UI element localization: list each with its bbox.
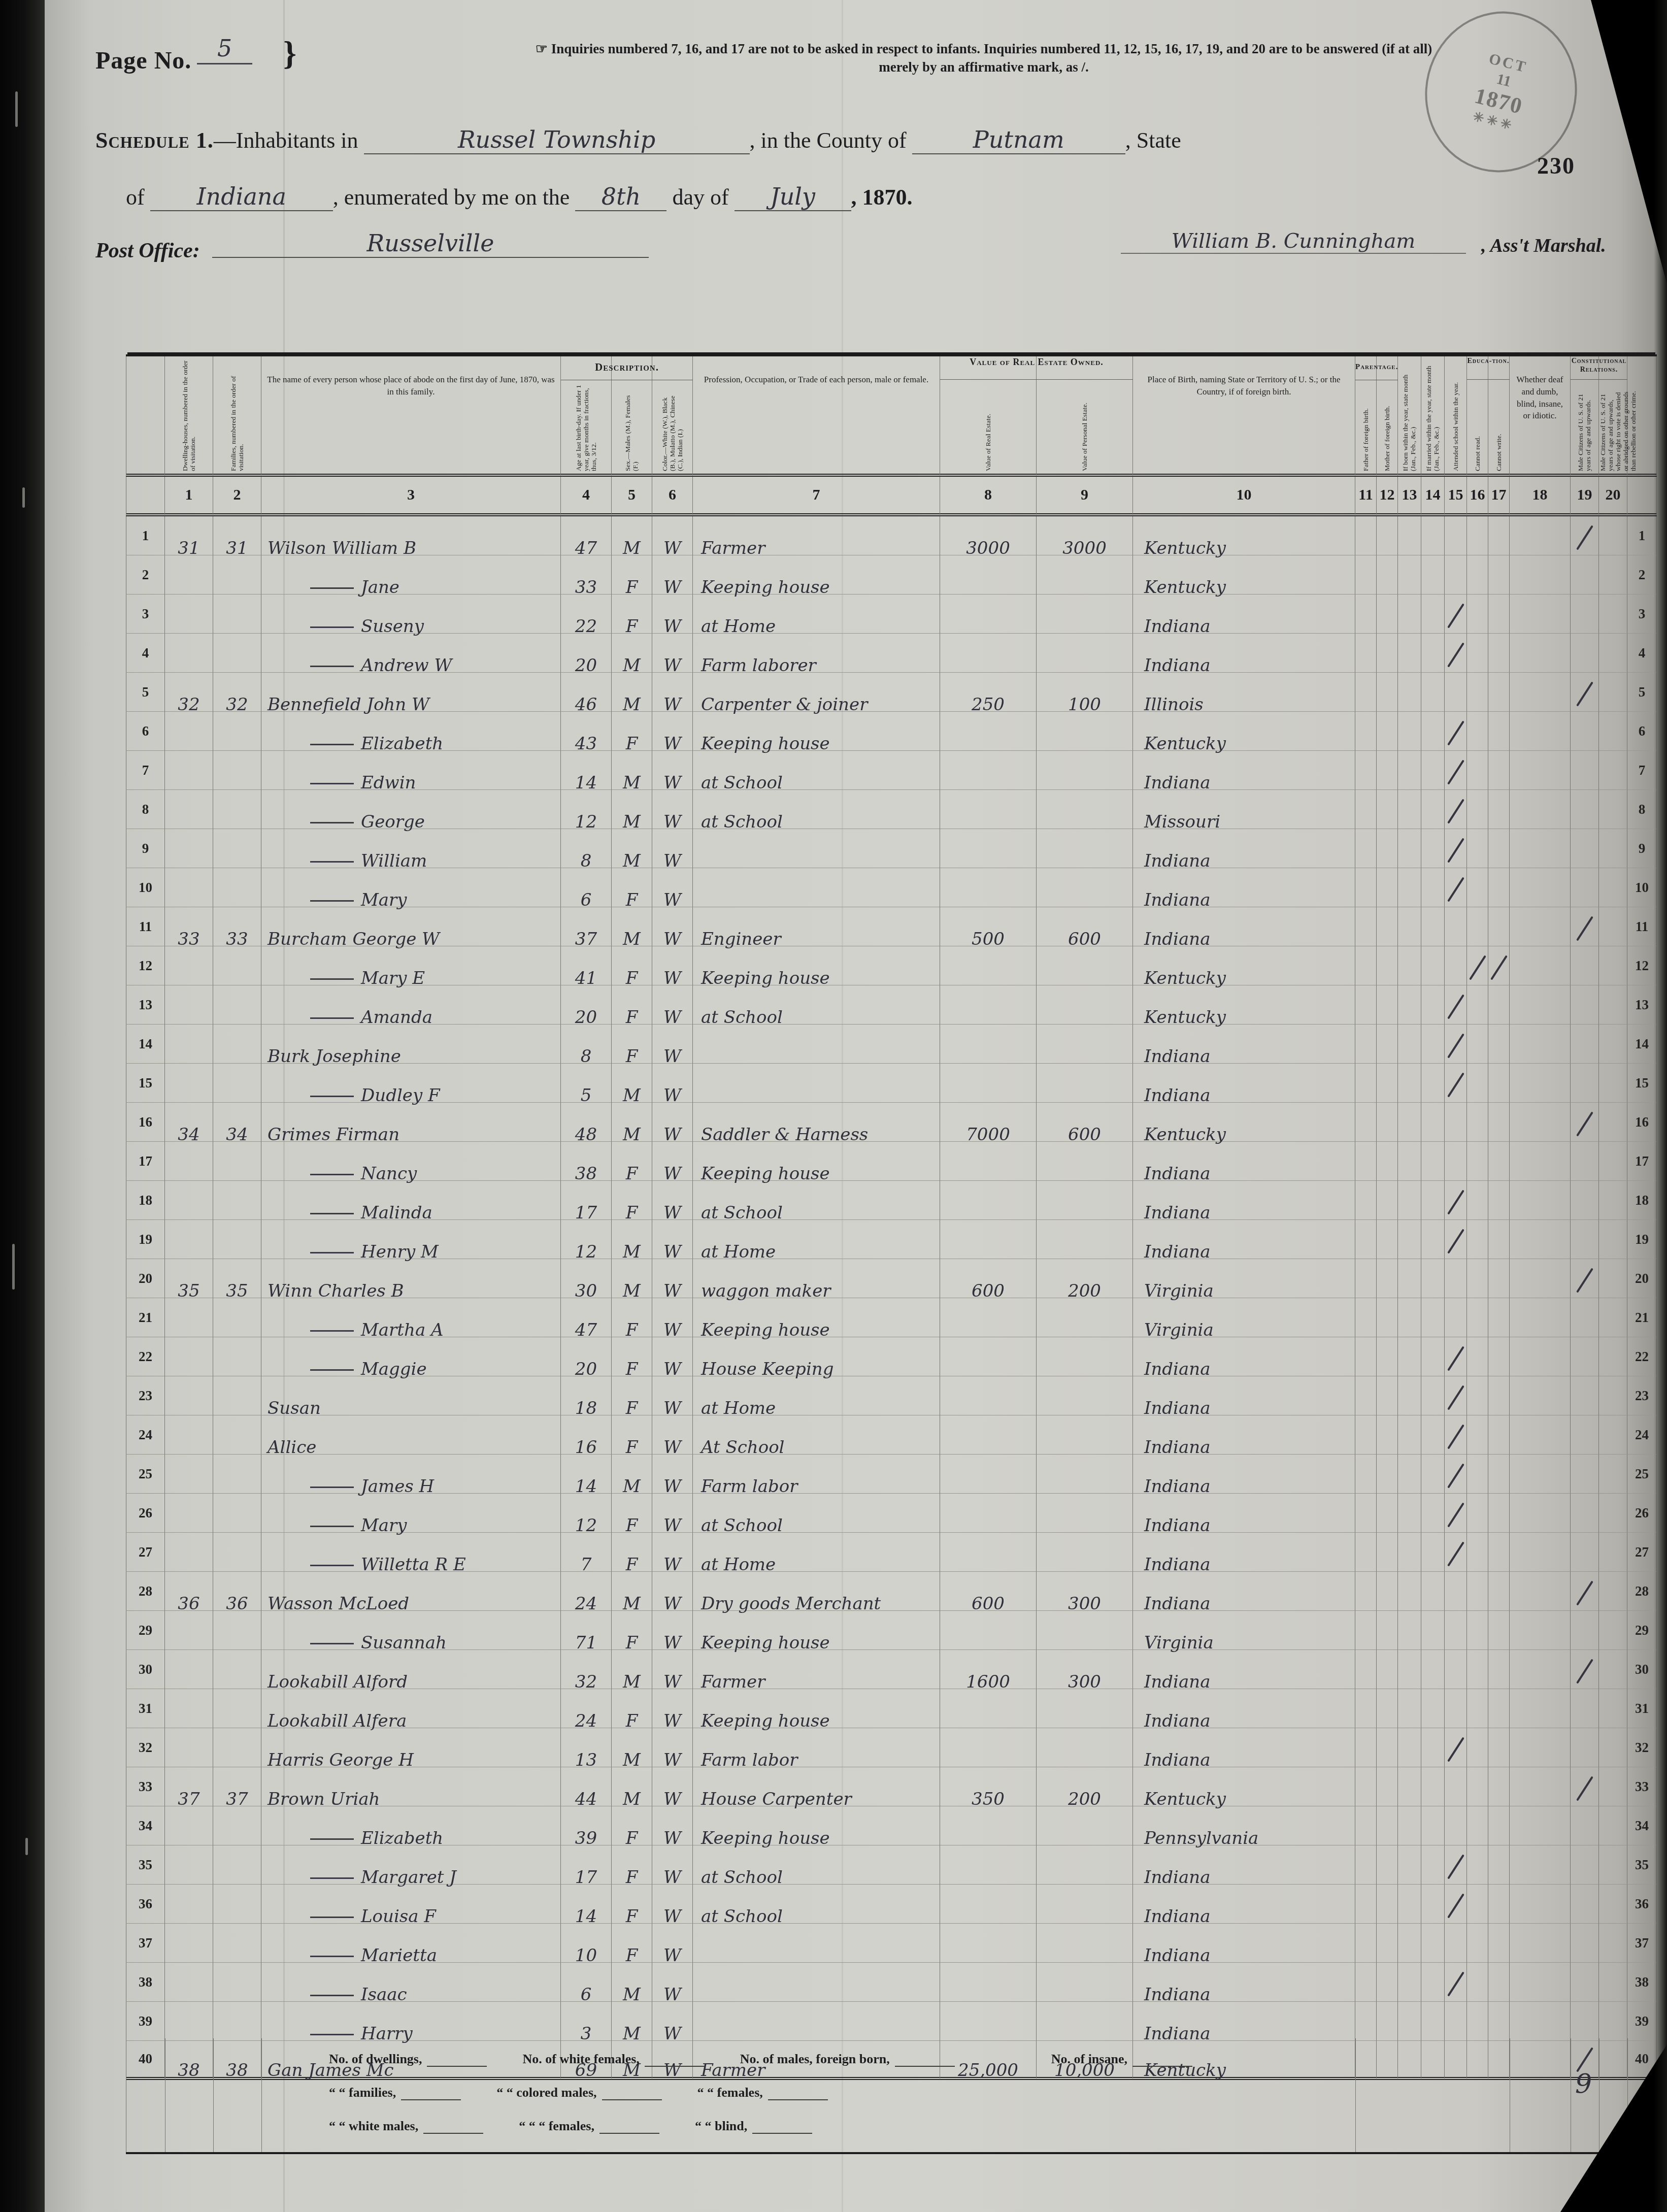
married-month-cell [1421, 1494, 1445, 1533]
father-foreign-cell [1355, 1415, 1377, 1455]
male-citizen-cell [1571, 1220, 1599, 1259]
name-cell: Winn Charles B [261, 1259, 561, 1298]
color-cell: W [652, 1376, 693, 1415]
vote-denied-cell [1599, 829, 1627, 868]
cannot-read-cell [1467, 1337, 1488, 1376]
column-number-3: 3 [261, 477, 561, 516]
cannot-read-cell [1467, 1181, 1488, 1220]
group-header-parentage: Parentage. [1355, 354, 1398, 380]
cannot-write-cell [1488, 634, 1510, 673]
surname-ditto-dash [310, 1174, 354, 1175]
real-estate-cell [940, 790, 1037, 829]
marshal-title-label: , Ass't Marshal. [1481, 235, 1606, 257]
real-estate-cell [940, 1806, 1037, 1845]
real-estate-cell [940, 1376, 1037, 1415]
color-cell: W [652, 1415, 693, 1455]
vote-denied-cell [1599, 516, 1627, 555]
dwelling-number-cell [165, 1415, 213, 1455]
dwelling-number-cell: 34 [165, 1103, 213, 1142]
line-number-left: 38 [126, 1963, 165, 2002]
cannot-read-cell [1467, 555, 1488, 595]
cannot-read-cell [1467, 1455, 1488, 1494]
cannot-write-cell [1488, 1181, 1510, 1220]
occupation-cell: at School [693, 1181, 940, 1220]
line-number-right: 27 [1627, 1533, 1657, 1572]
family-number-cell: 33 [213, 907, 261, 946]
footer-tally-label: No. of insane, [1051, 2052, 1127, 2067]
personal-estate-cell [1037, 1337, 1133, 1376]
sex-cell: M [612, 1767, 652, 1806]
male-citizen-cell [1571, 1337, 1599, 1376]
family-number-cell [213, 634, 261, 673]
cannot-write-cell [1488, 1103, 1510, 1142]
father-foreign-cell [1355, 595, 1377, 634]
table-row: 6Elizabeth43FWKeeping houseKentucky6 [126, 712, 1657, 751]
attended-school-cell [1445, 673, 1467, 712]
attended-school-mark [1447, 603, 1464, 628]
real-estate-cell [940, 1963, 1037, 2002]
column-header-text-5: Sex.—Males (M.), Females (F.) [624, 385, 639, 471]
table-row: 18Malinda17FWat SchoolIndiana18 [126, 1181, 1657, 1220]
born-month-cell [1398, 595, 1421, 634]
surname-ditto-dash [310, 900, 354, 902]
column-header-text-14: If married within the year, state month … [1425, 359, 1440, 471]
name-cell: Bennefield John W [261, 673, 561, 712]
personal-estate-cell [1037, 555, 1133, 595]
father-foreign-cell [1355, 985, 1377, 1025]
cannot-read-cell [1467, 1533, 1488, 1572]
group-header-real-estate: Value of Real Estate Owned. [940, 354, 1133, 380]
disability-cell [1510, 1963, 1571, 2002]
attended-school-cell [1445, 1064, 1467, 1103]
name-cell: Dudley F [261, 1064, 561, 1103]
personal-estate-cell [1037, 712, 1133, 751]
born-month-cell [1398, 985, 1421, 1025]
mother-foreign-cell [1377, 1064, 1398, 1103]
mother-foreign-cell [1377, 712, 1398, 751]
sex-cell: F [612, 1298, 652, 1337]
post-office-slot: Russelville [212, 229, 649, 258]
name-cell: Brown Uriah [261, 1767, 561, 1806]
married-month-cell [1421, 555, 1445, 595]
surname-ditto-dash [310, 861, 354, 863]
family-number-cell [213, 985, 261, 1025]
married-month-cell [1421, 1728, 1445, 1767]
attended-school-cell [1445, 1963, 1467, 2002]
married-month-cell [1421, 1025, 1445, 1064]
disability-cell [1510, 1064, 1571, 1103]
mother-foreign-cell [1377, 1181, 1398, 1220]
disability-cell [1510, 1376, 1571, 1415]
mother-foreign-cell [1377, 829, 1398, 868]
vote-denied-cell [1599, 751, 1627, 790]
father-foreign-cell [1355, 2002, 1377, 2041]
column-number-6: 6 [652, 477, 693, 516]
married-month-cell [1421, 1924, 1445, 1963]
mother-foreign-cell [1377, 1963, 1398, 2002]
vote-denied-cell [1599, 1767, 1627, 1806]
surname-ditto-dash [310, 1369, 354, 1371]
birthplace-cell: Indiana [1133, 634, 1355, 673]
line-number-left: 32 [126, 1728, 165, 1767]
age-cell: 22 [561, 595, 612, 634]
line-number-left: 12 [126, 946, 165, 985]
table-row: 39Harry3MWIndiana39 [126, 2002, 1657, 2041]
column-header-text-10: Place of Birth, naming State or Territor… [1133, 356, 1355, 398]
line-number-right: 37 [1627, 1924, 1657, 1963]
birthplace-cell: Kentucky [1133, 555, 1355, 595]
attended-school-cell [1445, 1103, 1467, 1142]
married-month-cell [1421, 1533, 1445, 1572]
line-number-right: 4 [1627, 634, 1657, 673]
married-month-cell [1421, 712, 1445, 751]
personal-estate-cell [1037, 1494, 1133, 1533]
birthplace-cell: Indiana [1133, 1924, 1355, 1963]
age-cell: 17 [561, 1845, 612, 1885]
cannot-write-cell [1488, 516, 1510, 555]
vote-denied-cell [1599, 1142, 1627, 1181]
personal-estate-cell [1037, 1181, 1133, 1220]
vote-denied-cell [1599, 1298, 1627, 1337]
name-cell: Andrew W [261, 634, 561, 673]
birthplace-cell: Illinois [1133, 673, 1355, 712]
sex-cell: M [612, 1220, 652, 1259]
name-cell: Harry [261, 2002, 561, 2041]
age-cell: 43 [561, 712, 612, 751]
male-citizen-cell [1571, 1689, 1599, 1728]
occupation-cell: Dry goods Merchant [693, 1572, 940, 1611]
attended-school-cell [1445, 1533, 1467, 1572]
sex-cell: F [612, 946, 652, 985]
line-number-right: 22 [1627, 1337, 1657, 1376]
footer-tally-label: “ “ blind, [695, 2119, 747, 2134]
family-number-cell [213, 1455, 261, 1494]
cannot-write-cell [1488, 1337, 1510, 1376]
real-estate-cell: 500 [940, 907, 1037, 946]
born-month-cell [1398, 1572, 1421, 1611]
cannot-read-cell [1467, 1494, 1488, 1533]
father-foreign-cell [1355, 712, 1377, 751]
sex-cell: M [612, 673, 652, 712]
married-month-cell [1421, 1337, 1445, 1376]
age-cell: 20 [561, 634, 612, 673]
vote-denied-cell [1599, 1572, 1627, 1611]
color-cell: W [652, 1611, 693, 1650]
sex-cell: M [612, 751, 652, 790]
occupation-cell: Farm labor [693, 1455, 940, 1494]
cannot-write-cell [1488, 1572, 1510, 1611]
dwelling-number-cell [165, 1924, 213, 1963]
column-header-10: Place of Birth, naming State or Territor… [1133, 356, 1355, 477]
disability-cell [1510, 790, 1571, 829]
family-number-cell [213, 1845, 261, 1885]
personal-estate-cell [1037, 1963, 1133, 2002]
surname-ditto-dash [310, 1917, 354, 1918]
age-cell: 46 [561, 673, 612, 712]
mother-foreign-cell [1377, 1689, 1398, 1728]
table-row: 203535Winn Charles B30MWwaggon maker6002… [126, 1259, 1657, 1298]
occupation-cell: at Home [693, 1376, 940, 1415]
cannot-write-cell [1488, 1767, 1510, 1806]
family-number-cell [213, 868, 261, 907]
attended-school-mark [1447, 877, 1464, 902]
sex-cell: M [612, 634, 652, 673]
male-citizen-cell [1571, 1142, 1599, 1181]
disability-cell [1510, 1924, 1571, 1963]
born-month-cell [1398, 868, 1421, 907]
sex-cell: F [612, 1376, 652, 1415]
family-number-cell [213, 1806, 261, 1845]
age-cell: 8 [561, 829, 612, 868]
male-citizen-mark [1576, 1268, 1593, 1293]
table-row: 30Lookabill Alford32MWFarmer1600300India… [126, 1650, 1657, 1689]
line-number-left: 24 [126, 1415, 165, 1455]
vote-denied-cell [1599, 595, 1627, 634]
age-cell: 37 [561, 907, 612, 946]
mother-foreign-cell [1377, 1611, 1398, 1650]
personal-estate-cell [1037, 1885, 1133, 1924]
age-cell: 16 [561, 1415, 612, 1455]
book-spine-edge [0, 0, 45, 2212]
column-number-14: 14 [1421, 477, 1445, 516]
male-citizen-cell [1571, 1963, 1599, 2002]
mother-foreign-cell [1377, 595, 1398, 634]
attended-school-cell [1445, 946, 1467, 985]
table-row: 19Henry M12MWat HomeIndiana19 [126, 1220, 1657, 1259]
attended-school-cell [1445, 829, 1467, 868]
vote-denied-cell [1599, 1064, 1627, 1103]
father-foreign-cell [1355, 1298, 1377, 1337]
real-estate-cell [940, 1025, 1037, 1064]
cannot-write-cell [1488, 1963, 1510, 2002]
cannot-read-cell [1467, 1650, 1488, 1689]
mother-foreign-cell [1377, 555, 1398, 595]
real-estate-cell [940, 2002, 1037, 2041]
attended-school-cell [1445, 1845, 1467, 1885]
birthplace-cell: Virginia [1133, 1259, 1355, 1298]
cannot-write-cell [1488, 751, 1510, 790]
line-number-left: 27 [126, 1533, 165, 1572]
sex-cell: F [612, 595, 652, 634]
age-cell: 71 [561, 1611, 612, 1650]
color-cell: W [652, 673, 693, 712]
footer-tally-label: “ “ white males, [329, 2119, 418, 2134]
vote-denied-cell [1599, 1455, 1627, 1494]
cannot-write-cell [1488, 1455, 1510, 1494]
footer-tally-group: “ “ “ females, [519, 2119, 664, 2134]
personal-estate-cell: 200 [1037, 1259, 1133, 1298]
column-header-text-15: Attended school within the year. [1452, 359, 1459, 471]
name-cell: Burk Josephine [261, 1025, 561, 1064]
cannot-write-cell [1488, 790, 1510, 829]
table-row: 35Margaret J17FWat SchoolIndiana35 [126, 1845, 1657, 1885]
married-month-cell [1421, 1415, 1445, 1455]
real-estate-cell [940, 1337, 1037, 1376]
birthplace-cell: Kentucky [1133, 946, 1355, 985]
line-number-left: 18 [126, 1181, 165, 1220]
name-cell: George [261, 790, 561, 829]
color-cell: W [652, 712, 693, 751]
column-header-text-6: Color.—White (W.), Black (B.), Mulatto (… [661, 385, 684, 471]
line-number-left: 21 [126, 1298, 165, 1337]
footer-tally-group: No. of white females, [522, 2052, 709, 2067]
disability-cell [1510, 1767, 1571, 1806]
cannot-write-cell [1488, 1611, 1510, 1650]
male-citizen-cell [1571, 634, 1599, 673]
age-cell: 14 [561, 1455, 612, 1494]
color-cell: W [652, 985, 693, 1025]
census-table: Dwelling-houses, numbered in the order o… [126, 354, 1657, 2080]
line-number-left: 6 [126, 712, 165, 751]
attended-school-cell [1445, 1025, 1467, 1064]
real-estate-cell [940, 1611, 1037, 1650]
line-number-right: 31 [1627, 1689, 1657, 1728]
color-cell: W [652, 1181, 693, 1220]
vote-denied-cell [1599, 2002, 1627, 2041]
dwelling-number-cell: 36 [165, 1572, 213, 1611]
mother-foreign-cell [1377, 516, 1398, 555]
column-header-15: Attended school within the year. [1445, 356, 1467, 477]
disability-cell [1510, 1806, 1571, 1845]
occupation-cell: at Home [693, 1533, 940, 1572]
real-estate-cell: 3000 [940, 516, 1037, 555]
father-foreign-cell [1355, 829, 1377, 868]
footer-tally-line: No. of dwellings,No. of white females,No… [126, 2052, 1667, 2067]
mother-foreign-cell [1377, 1728, 1398, 1767]
column-number-12: 12 [1377, 477, 1398, 516]
line-number-left: 15 [126, 1064, 165, 1103]
sex-cell: F [612, 868, 652, 907]
column-header-text-13: If born within the year, state month (Ja… [1402, 359, 1417, 471]
vote-denied-cell [1599, 1025, 1627, 1064]
mother-foreign-cell [1377, 907, 1398, 946]
footer-tally-blank [752, 2120, 812, 2134]
sex-cell: F [612, 1533, 652, 1572]
line-number-left: 19 [126, 1220, 165, 1259]
dwelling-number-cell [165, 1142, 213, 1181]
attended-school-mark [1447, 1229, 1464, 1253]
column-number-10: 10 [1133, 477, 1355, 516]
father-foreign-cell [1355, 946, 1377, 985]
line-number-left: 13 [126, 985, 165, 1025]
disability-cell [1510, 1611, 1571, 1650]
vote-denied-cell [1599, 1689, 1627, 1728]
real-estate-cell [940, 1220, 1037, 1259]
real-estate-cell [940, 634, 1037, 673]
line-number-right: 5 [1627, 673, 1657, 712]
married-month-cell [1421, 1142, 1445, 1181]
attended-school-mark [1447, 799, 1464, 823]
group-header-description: Description. [561, 354, 693, 380]
married-month-cell [1421, 1845, 1445, 1885]
real-estate-cell [940, 1533, 1037, 1572]
table-row: 15Dudley F5MWIndiana15 [126, 1064, 1657, 1103]
born-month-cell [1398, 1885, 1421, 1924]
footer-tally-blank [423, 2120, 483, 2134]
state-tail-label: , State [1125, 128, 1181, 153]
birthplace-cell: Indiana [1133, 1572, 1355, 1611]
color-cell: W [652, 1142, 693, 1181]
vote-denied-cell [1599, 1650, 1627, 1689]
birthplace-cell: Indiana [1133, 1337, 1355, 1376]
schedule-title-line: Schedule 1.—Inhabitants in Russel Townsh… [95, 126, 1181, 154]
disability-cell [1510, 595, 1571, 634]
sex-cell: F [612, 1494, 652, 1533]
personal-estate-cell [1037, 985, 1133, 1025]
family-number-cell: 31 [213, 516, 261, 555]
footer-tally-group: No. of insane, [1051, 2052, 1197, 2067]
cannot-read-cell [1467, 595, 1488, 634]
family-number-cell [213, 1650, 261, 1689]
column-header-2: Families, numbered in the order of visit… [213, 356, 261, 477]
footer-tally-label: No. of males, foreign born, [740, 2052, 890, 2067]
cannot-read-cell [1467, 1924, 1488, 1963]
dwelling-number-cell: 35 [165, 1259, 213, 1298]
surname-ditto-dash [310, 1487, 354, 1488]
name-cell: Burcham George W [261, 907, 561, 946]
footer-tally-group: “ “ females, [697, 2085, 833, 2100]
male-citizen-cell [1571, 1806, 1599, 1845]
dwelling-number-cell [165, 1650, 213, 1689]
male-citizen-cell [1571, 1064, 1599, 1103]
footer-tally-label: “ “ “ females, [519, 2119, 594, 2134]
cannot-write-mark [1490, 955, 1508, 980]
family-number-cell: 37 [213, 1767, 261, 1806]
male-citizen-cell [1571, 985, 1599, 1025]
male-citizen-cell [1571, 1767, 1599, 1806]
column-number-20: 20 [1599, 477, 1627, 516]
born-month-cell [1398, 1298, 1421, 1337]
color-cell: W [652, 1259, 693, 1298]
dwelling-number-cell [165, 1885, 213, 1924]
name-cell: Mary [261, 1494, 561, 1533]
birthplace-cell: Indiana [1133, 829, 1355, 868]
vote-denied-cell [1599, 1337, 1627, 1376]
cannot-read-cell [1467, 868, 1488, 907]
color-cell: W [652, 1298, 693, 1337]
line-number-left: 14 [126, 1025, 165, 1064]
mother-foreign-cell [1377, 1103, 1398, 1142]
dwelling-number-cell [165, 751, 213, 790]
personal-estate-cell [1037, 1025, 1133, 1064]
attended-school-mark [1447, 1737, 1464, 1762]
dwelling-number-cell [165, 595, 213, 634]
disability-cell [1510, 1298, 1571, 1337]
color-cell: W [652, 946, 693, 985]
disability-cell [1510, 1142, 1571, 1181]
day-of-label: day of [672, 185, 728, 210]
male-citizen-cell [1571, 1259, 1599, 1298]
surname-ditto-dash [310, 822, 354, 823]
occupation-cell: at School [693, 985, 940, 1025]
male-citizen-mark [1576, 916, 1593, 941]
line-number-right: 17 [1627, 1142, 1657, 1181]
birthplace-cell: Indiana [1133, 1415, 1355, 1455]
mother-foreign-cell [1377, 1220, 1398, 1259]
birthplace-cell: Virginia [1133, 1611, 1355, 1650]
family-number-cell [213, 946, 261, 985]
column-header-3: The name of every person whose place of … [261, 356, 561, 477]
dwelling-number-cell [165, 1181, 213, 1220]
table-row: 8George12MWat SchoolMissouri8 [126, 790, 1657, 829]
sex-cell: M [612, 516, 652, 555]
column-header-14: If married within the year, state month … [1421, 356, 1445, 477]
column-number-13: 13 [1398, 477, 1421, 516]
father-foreign-cell [1355, 1103, 1377, 1142]
married-month-cell [1421, 790, 1445, 829]
sex-cell: F [612, 1025, 652, 1064]
attended-school-mark [1447, 1893, 1464, 1918]
